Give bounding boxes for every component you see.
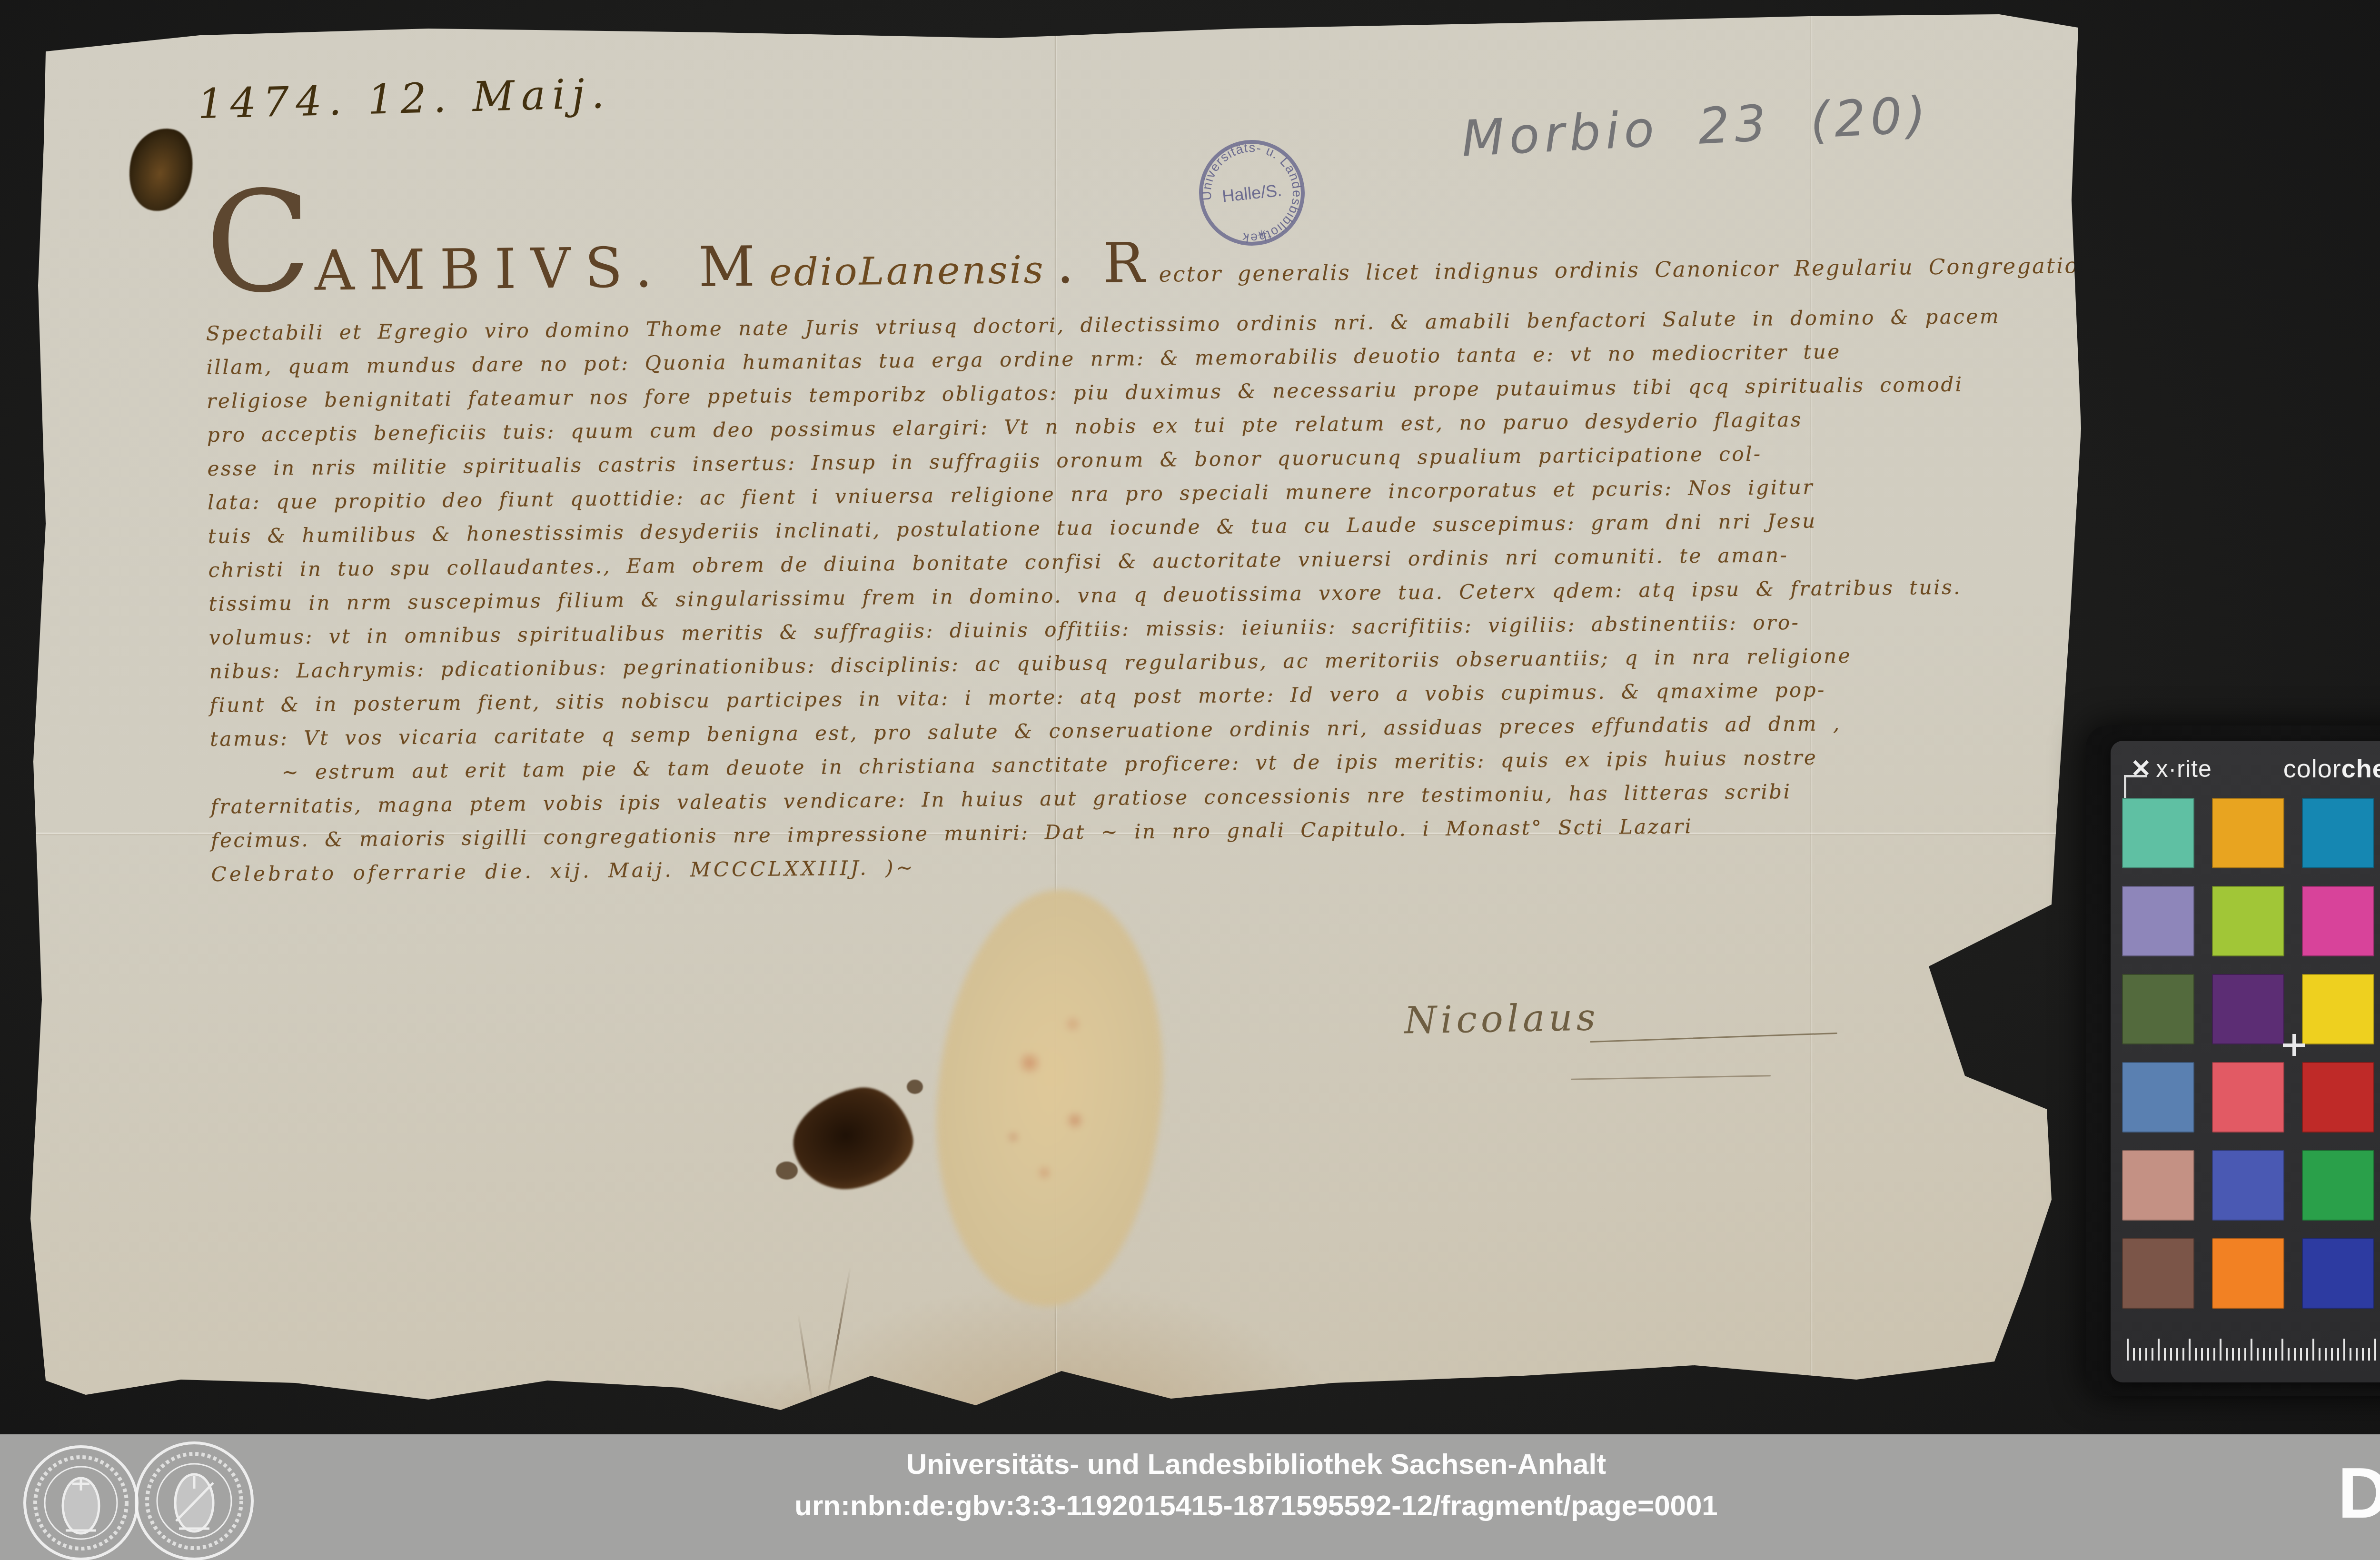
patch-cyan <box>2302 798 2374 868</box>
manuscript-heading-line: C AMBIVS. M edioLanensis . R ector gener… <box>205 177 2033 319</box>
patch-moderate-red <box>2212 1062 2284 1133</box>
parchment-crack <box>826 1267 852 1399</box>
title-light: color <box>2283 755 2341 783</box>
center-cross-icon <box>2283 1034 2305 1056</box>
heading-capital-r: . R <box>1056 231 1150 296</box>
patch-light-skin <box>2122 1150 2194 1221</box>
patch-purple <box>2212 974 2284 1044</box>
patch-blue <box>2302 1238 2374 1309</box>
ink-blot-small <box>120 121 202 218</box>
digitized-charter-page: { "colors":{ "page_background":"#1d1d1c"… <box>0 0 2380 1560</box>
heading-name: edioLanensis <box>769 248 1045 295</box>
metadata-footer-bar: Universitäts- und Landesbibliothek Sachs… <box>0 1434 2380 1560</box>
stain-dot <box>776 1162 798 1180</box>
heading-capitals: AMBIVS. M <box>314 235 770 303</box>
patch-dark-skin <box>2122 1238 2194 1309</box>
patch-yellow-green <box>2212 886 2284 956</box>
patch-blue-sky <box>2122 1062 2194 1133</box>
mm-ruler <box>2127 1333 2380 1361</box>
patch-purplish-blue <box>2212 1150 2284 1221</box>
manuscript-text-block: C AMBIVS. M edioLanensis . R ector gener… <box>205 177 2039 896</box>
institution-name: Universitäts- und Landesbibliothek Sachs… <box>0 1448 2380 1481</box>
patch-foliage <box>2122 974 2194 1044</box>
colorchecker-patch-grid <box>2122 798 2380 1309</box>
parchment-crack <box>797 1314 813 1404</box>
signature-flourish-line <box>1571 1075 1771 1080</box>
crop-mark-icon <box>2124 775 2147 798</box>
urn-identifier: urn:nbn:de:gbv:3:3-1192015415-1871595592… <box>0 1489 2380 1522</box>
signature-flourish-line <box>1590 1033 1837 1043</box>
heading-continuation: ector generalis licet indignus ordinis C… <box>1159 250 2325 287</box>
patch-bluish-green <box>2122 798 2194 868</box>
wax-seal-impression <box>923 882 1176 1314</box>
colorchecker-card: ✕ x·rite colorchecker CLASSIC <box>2111 741 2380 1382</box>
patch-orange-yellow <box>2212 798 2284 868</box>
colorchecker-header: ✕ x·rite colorchecker CLASSIC <box>2111 741 2380 797</box>
parchment-charter: 1474. 12. Maij. Morbio 23 (20) Universit… <box>0 0 2380 1560</box>
patch-magenta <box>2302 886 2374 956</box>
drop-cap-initial: C <box>205 193 312 292</box>
footer-text: Universitäts- und Landesbibliothek Sachs… <box>0 1434 2380 1522</box>
patch-yellow <box>2302 974 2374 1044</box>
title-bold: checker <box>2341 755 2380 783</box>
archival-date-note: 1474. 12. Maij. <box>197 70 612 129</box>
dark-stain-blot <box>784 1079 921 1199</box>
colorchecker-title: colorchecker <box>2283 754 2380 784</box>
dfg-logo: DFG <box>2338 1452 2380 1534</box>
manuscript-lines: Spectabili et Egregio viro domino Thome … <box>206 304 2039 896</box>
rector-signature: Nicolaus <box>1404 996 1599 1042</box>
patch-red <box>2302 1062 2374 1133</box>
pencil-shelfmark-note: Morbio 23 (20) <box>1460 85 1932 168</box>
patch-blue-flower <box>2122 886 2194 956</box>
xrite-brand-name: x·rite <box>2156 755 2212 783</box>
stain-dot <box>907 1080 923 1094</box>
patch-orange <box>2212 1238 2284 1309</box>
patch-green <box>2302 1150 2374 1221</box>
